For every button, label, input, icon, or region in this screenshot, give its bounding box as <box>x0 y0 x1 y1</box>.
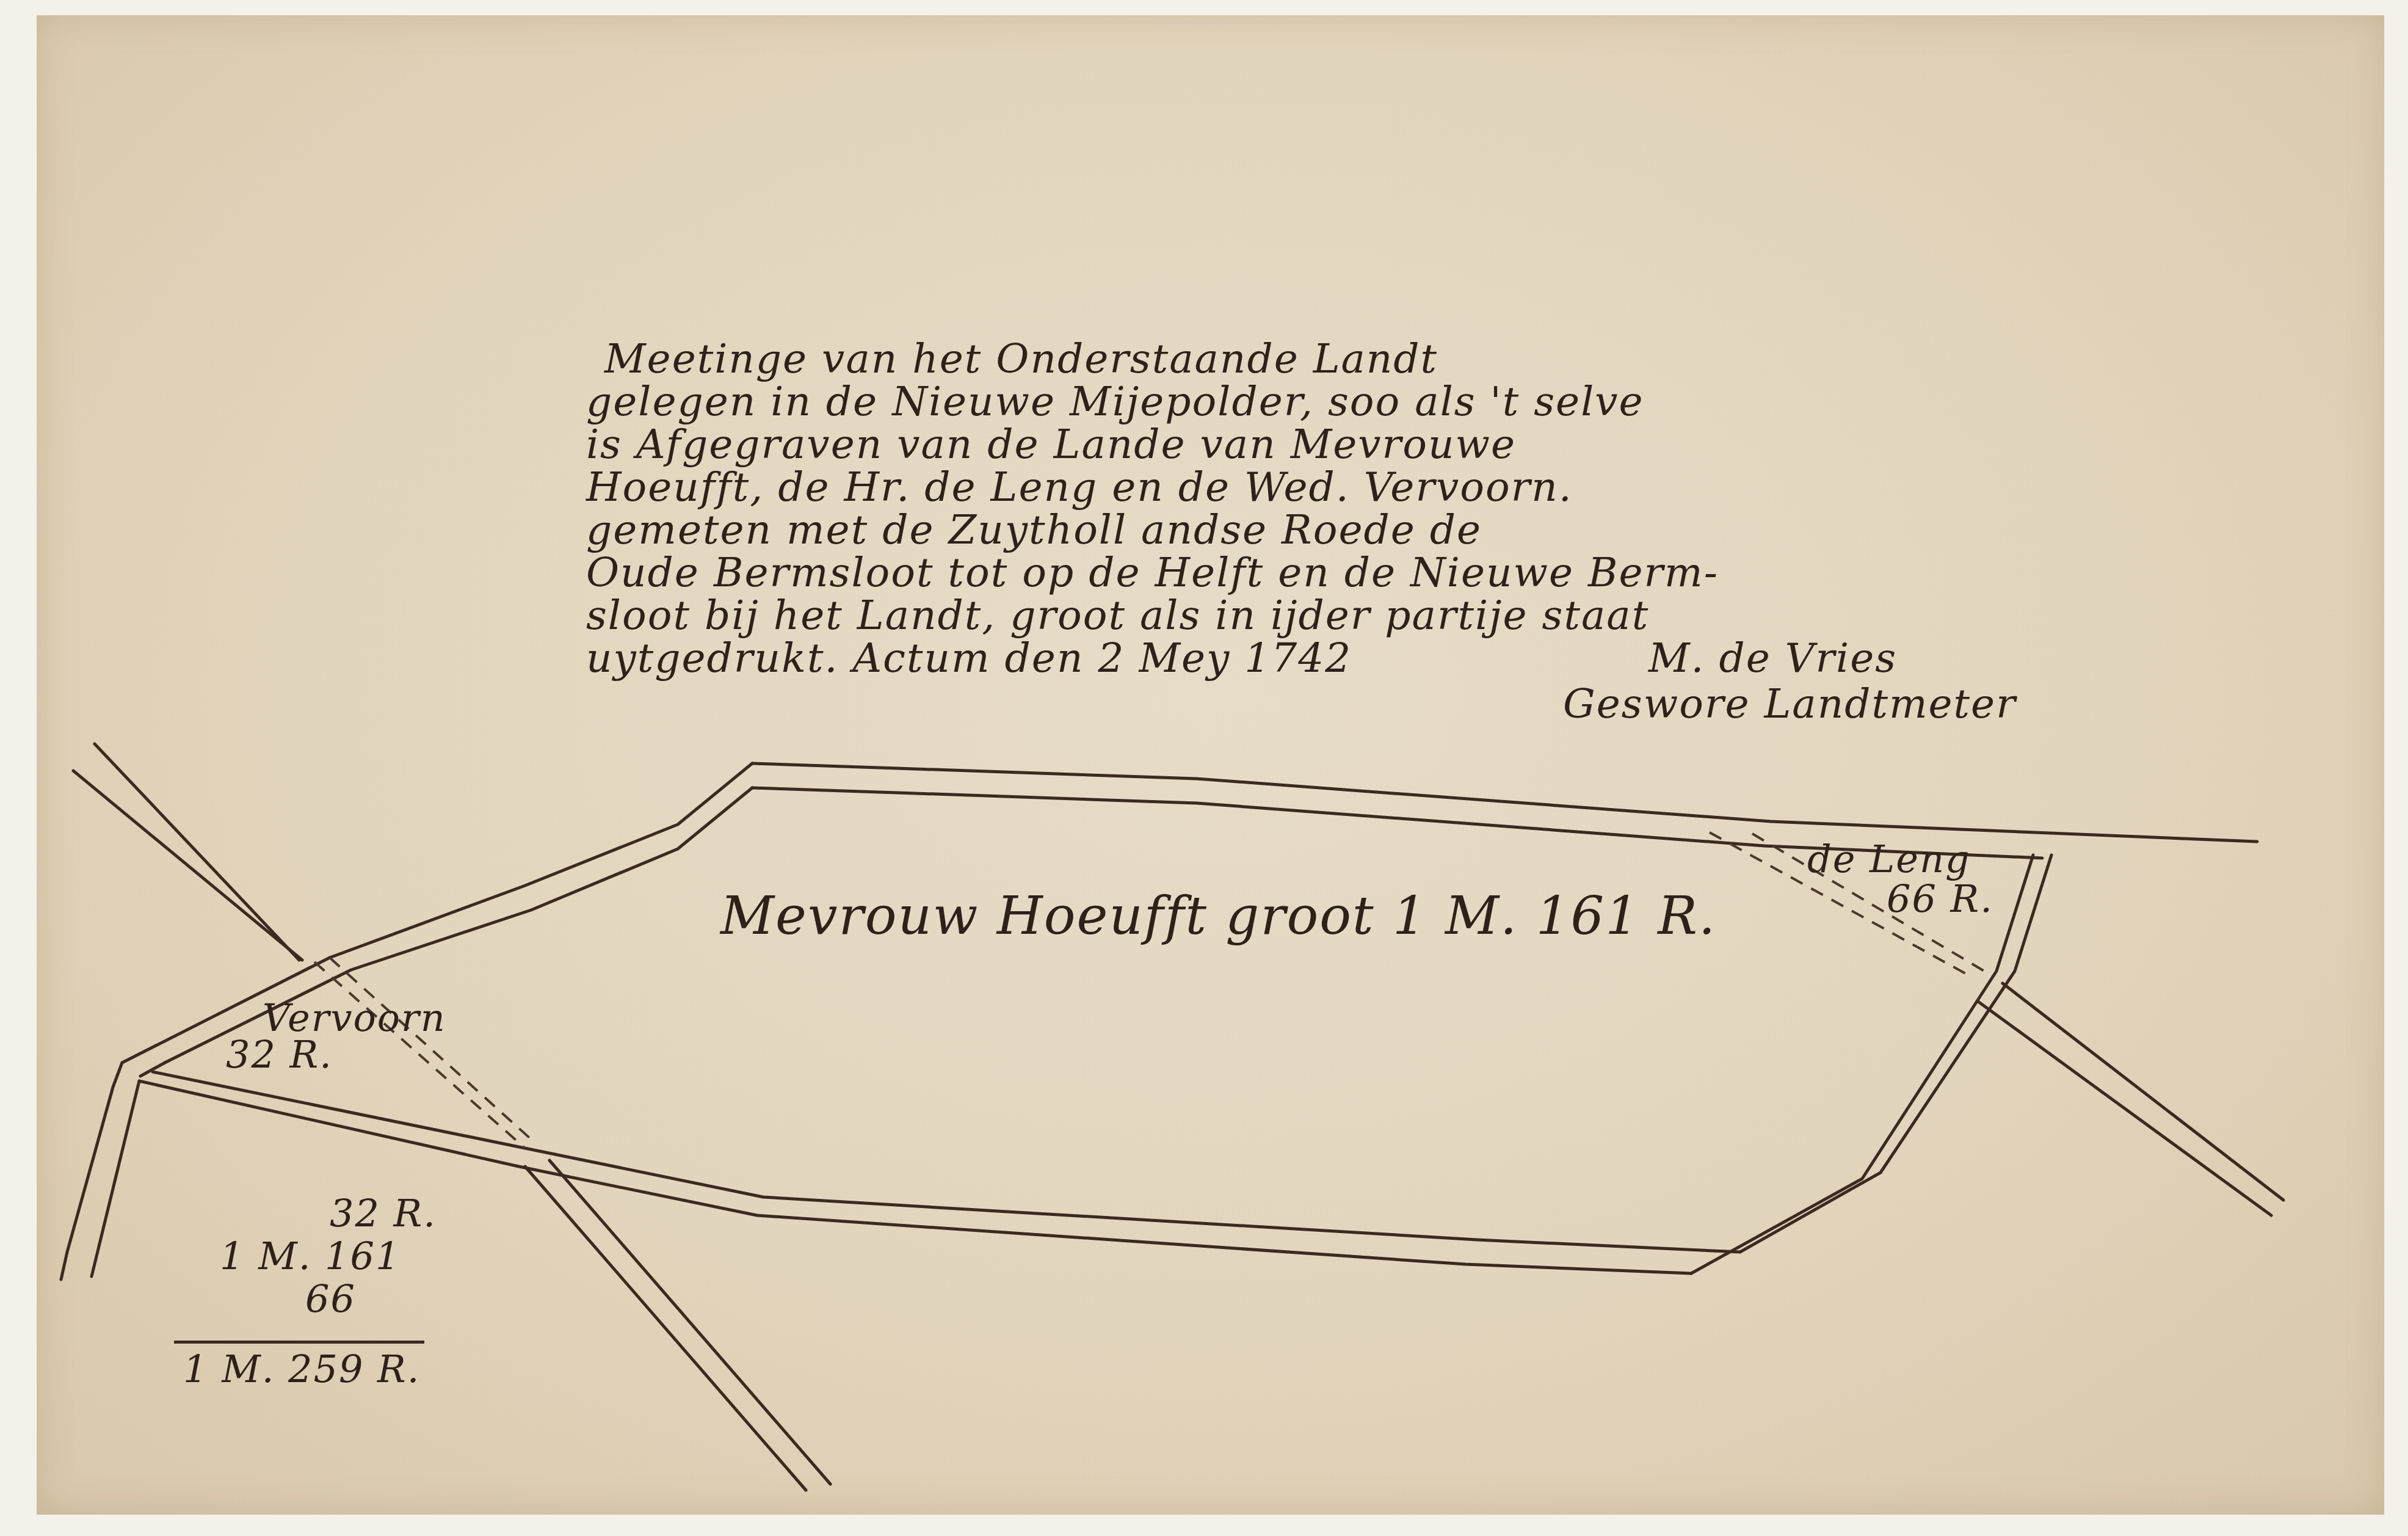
tally-sum-rule <box>174 1341 424 1344</box>
signature-title: Geswore Landtmeter <box>1563 684 2017 724</box>
tally-line-3: 66 <box>305 1276 356 1321</box>
parcel-de-leng-owner: de Leng <box>1807 837 1971 881</box>
parcel-de-leng-area: 66 R. <box>1887 876 1993 921</box>
description-line-5: gemeten met de Zuytholl andse Roede de <box>586 510 1482 550</box>
description-line-1: Meetinge van het Onderstaande Landt <box>604 339 1438 379</box>
division-vervoorn-1 <box>314 962 525 1148</box>
ditch-nw-1 <box>95 744 299 960</box>
description-line-4: Hoeufft, de Hr. de Leng en de Wed. Vervo… <box>586 467 1573 508</box>
tally-line-1: 32 R. <box>330 1191 437 1236</box>
description-line-2: gelegen in de Nieuwe Mijepolder, soo als… <box>586 382 1644 422</box>
road-top-upper-line <box>752 763 2257 842</box>
description-line-6: Oude Bermsloot tot op de Helft en de Nie… <box>586 553 1719 593</box>
tally-total: 1 M. 259 R. <box>183 1347 421 1391</box>
parcel-vervoorn-area: 32 R. <box>226 1032 333 1077</box>
ditch-se-1 <box>2003 983 2283 1200</box>
survey-map <box>0 0 2408 1536</box>
description-line-3: is Afgegraven van de Lande van Mevrouwe <box>586 424 1516 465</box>
road-left-diagonal-upper <box>330 763 752 958</box>
ditch-s-2 <box>549 1160 830 1484</box>
description-line-7: sloot bij het Landt, groot als in ijder … <box>586 595 1649 636</box>
ditch-nw-2 <box>73 771 302 960</box>
road-sw-inner-2 <box>92 1081 139 1276</box>
ditch-se-2 <box>1978 1002 2271 1215</box>
signature-name: M. de Vries <box>1648 638 1897 679</box>
description-line-8: uytgedrukt. Actum den 2 Mey 1742 <box>586 638 1352 679</box>
tally-line-2: 1 M. 161 <box>220 1234 401 1278</box>
main-parcel-label: Mevrouw Hoeufft groot 1 M. 161 R. <box>720 886 1716 947</box>
